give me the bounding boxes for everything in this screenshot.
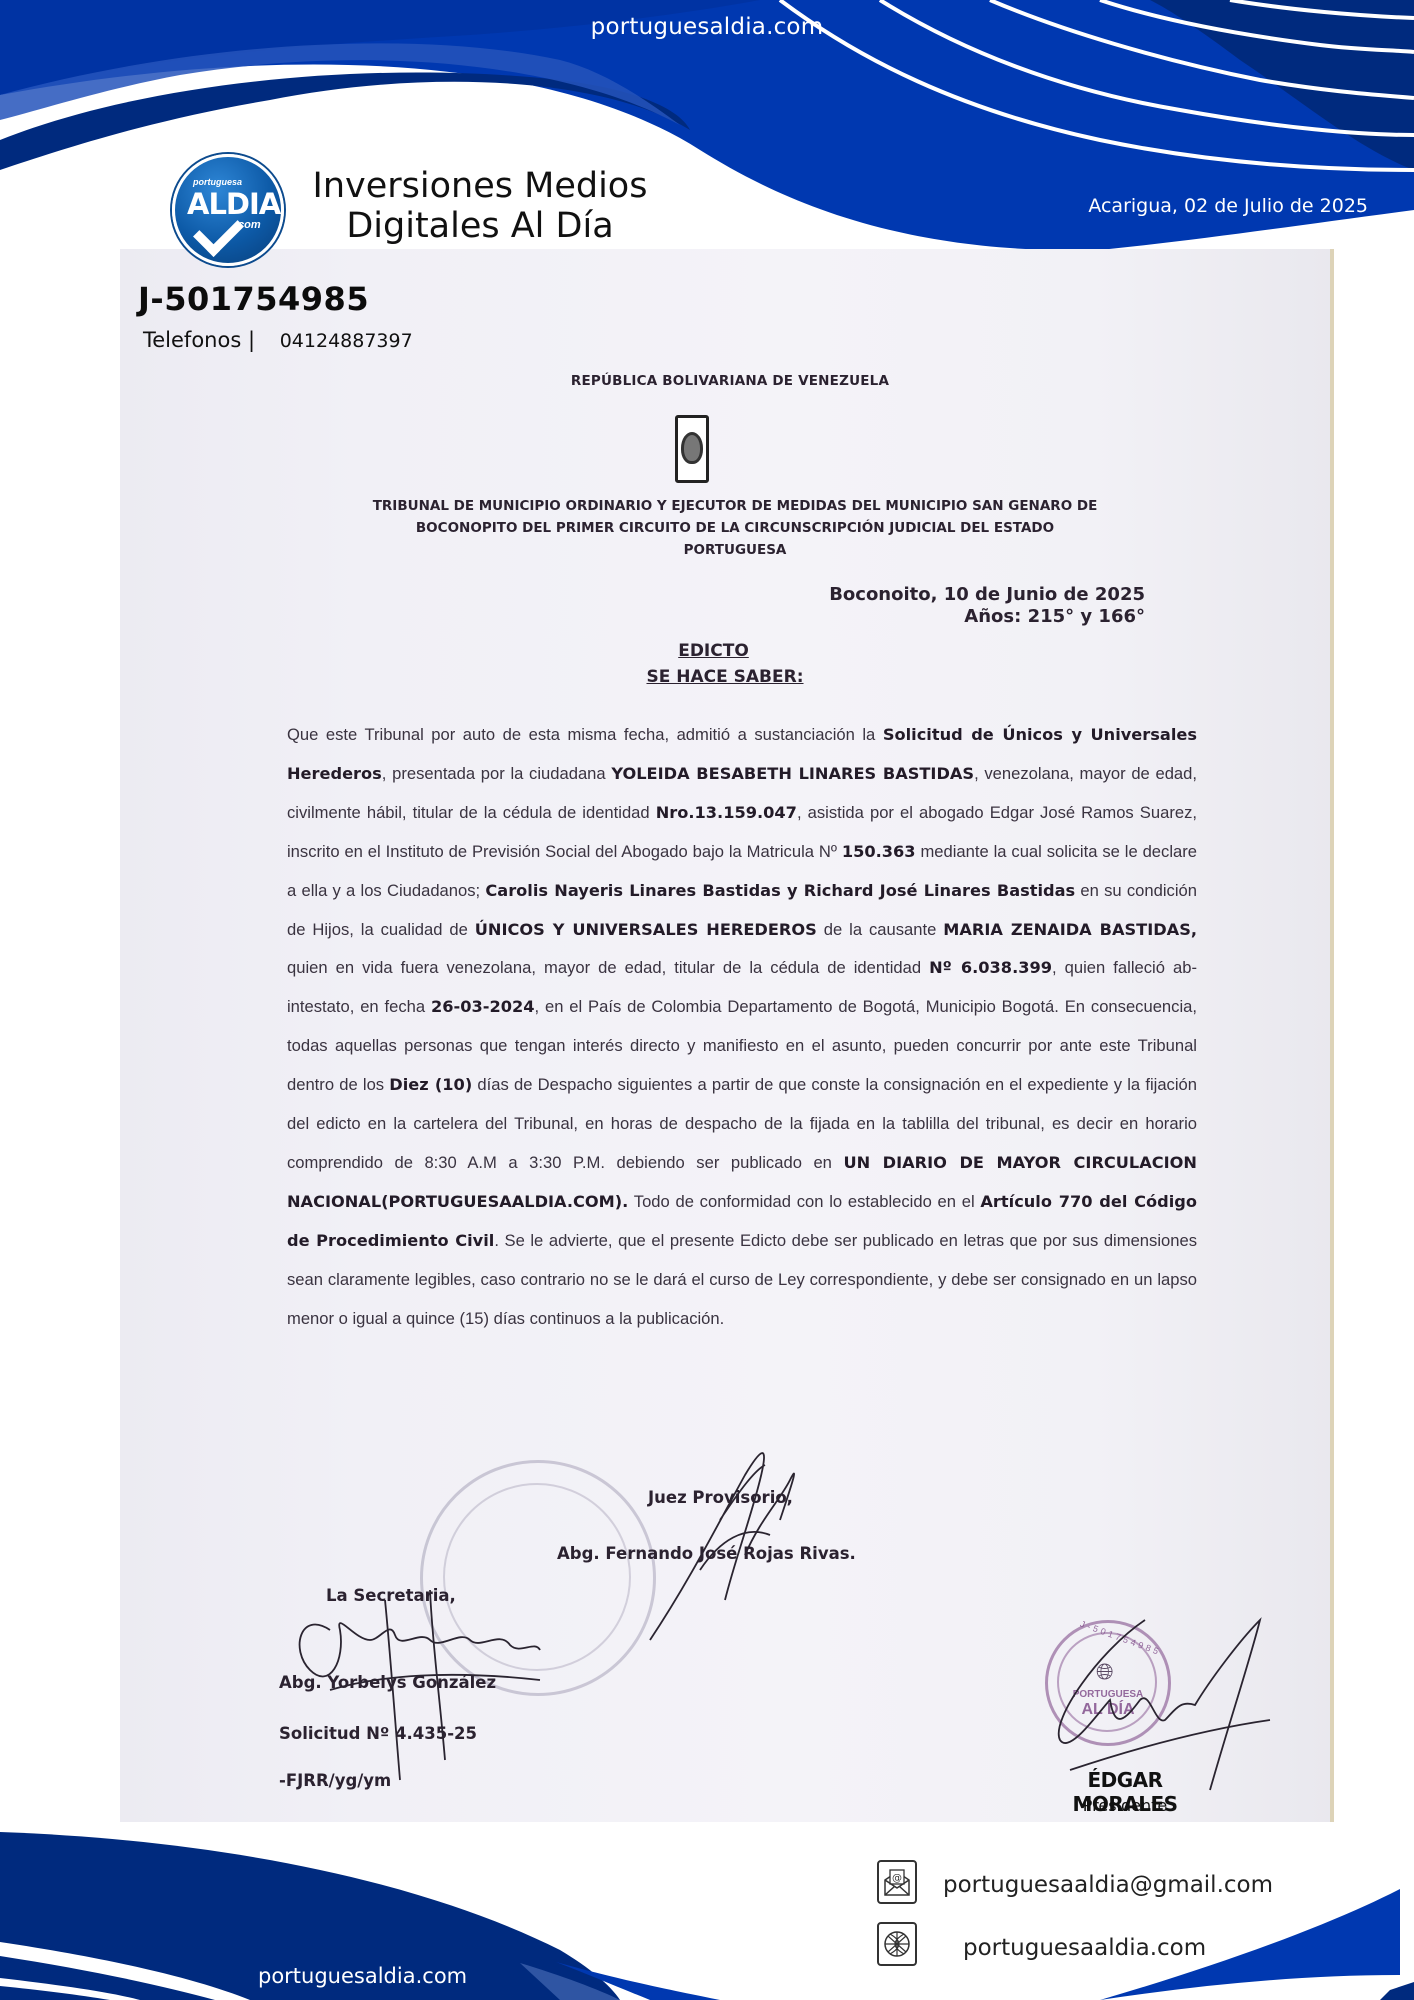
body-text-segment: quien en vida fuera venezolana, mayor de…	[287, 958, 929, 977]
body-text-segment: Todo de conformidad con lo establecido e…	[628, 1192, 980, 1211]
body-emphasis: MARIA ZENAIDA BASTIDAS,	[943, 920, 1197, 939]
body-emphasis: Carolis Nayeris Linares Bastidas y Richa…	[485, 881, 1075, 900]
globe-icon: 🌐︎	[1096, 1659, 1114, 1685]
company-seal-stamp: J-501754985 🌐︎ PORTUGUESA AL DÍA	[1045, 1620, 1171, 1746]
body-emphasis: Diez (10)	[389, 1075, 472, 1094]
president-role: Presidente	[1040, 1796, 1210, 1815]
judge-name: Abg. Fernando José Rojas Rivas.	[557, 1544, 856, 1563]
site-url-footer[interactable]: portuguesaldia.com	[258, 1964, 467, 1988]
edict-city-date: Boconoito, 10 de Junio de 2025	[700, 584, 1145, 606]
envelope-at-icon: @	[877, 1860, 917, 1904]
document-initials: -FJRR/yg/ym	[279, 1771, 391, 1790]
contact-website[interactable]: portuguesaaldia.com	[963, 1935, 1206, 1961]
globe-icon	[877, 1922, 917, 1966]
tribunal-heading: TRIBUNAL DE MUNICIPIO ORDINARIO Y EJECUT…	[285, 495, 1185, 561]
body-emphasis: YOLEIDA BESABETH LINARES BASTIDAS	[611, 764, 974, 783]
phone-label: Telefonos |	[143, 328, 255, 352]
edict-subtitle: SE HACE SABER:	[600, 664, 850, 690]
company-rif: J-501754985	[138, 280, 369, 318]
edict-date-block: Boconoito, 10 de Junio de 2025 Años: 215…	[700, 584, 1145, 628]
svg-text:@: @	[892, 1873, 902, 1884]
secretary-name: Abg. Yorbelys González	[279, 1673, 496, 1692]
company-name-line1: Inversiones Medios	[300, 166, 660, 206]
body-emphasis: Nro.13.159.047	[656, 803, 797, 822]
coat-of-arms-icon	[675, 415, 709, 483]
republic-heading: REPÚBLICA BOLIVARIANA DE VENEZUELA	[280, 373, 1180, 389]
body-emphasis: ÚNICOS Y UNIVERSALES HEREDEROS	[475, 920, 817, 939]
body-emphasis: 150.363	[842, 842, 916, 861]
edict-years: Años: 215° y 166°	[700, 606, 1145, 628]
body-text-segment: Que este Tribunal por auto de esta misma…	[287, 725, 883, 744]
body-text-segment: , presentada por la ciudadana	[382, 764, 612, 783]
body-text-segment: de la causante	[817, 920, 943, 939]
phone-number[interactable]: 04124887397	[280, 330, 413, 352]
request-number: Solicitud Nº 4.435-25	[279, 1724, 477, 1743]
letter-date: Acarigua, 02 de Julio de 2025	[1000, 195, 1368, 217]
tribunal-line: PORTUGUESA	[285, 539, 1185, 561]
edict-title: EDICTO	[577, 638, 850, 664]
body-emphasis: 26-03-2024	[431, 997, 535, 1016]
phone-row: Telefonos | 04124887397	[143, 328, 413, 352]
logo-suffix: .com	[235, 219, 261, 231]
body-emphasis: Nº 6.038.399	[929, 958, 1052, 977]
judge-title: Juez Provisorio,	[648, 1488, 793, 1507]
logo-top-text: portuguesa	[193, 177, 242, 187]
tribunal-line: TRIBUNAL DE MUNICIPIO ORDINARIO Y EJECUT…	[285, 495, 1185, 517]
edict-body: Que este Tribunal por auto de esta misma…	[287, 716, 1197, 1339]
secretary-title: La Secretaria,	[326, 1586, 456, 1605]
edict-title-block: EDICTO SE HACE SABER:	[600, 638, 850, 690]
company-name-line2: Digitales Al Día	[300, 206, 660, 246]
company-name: Inversiones Medios Digitales Al Día	[300, 166, 660, 246]
site-url-header[interactable]: portuguesaldia.com	[0, 14, 1414, 40]
court-seal-stamp	[420, 1460, 656, 1696]
seal-main-text: AL DÍA	[1048, 1701, 1168, 1719]
contact-email[interactable]: portuguesaaldia@gmail.com	[943, 1872, 1273, 1898]
tribunal-line: BOCONOPITO DEL PRIMER CIRCUITO DE LA CIR…	[285, 517, 1185, 539]
seal-top-text: PORTUGUESA	[1048, 1689, 1168, 1700]
aldia-logo: portuguesa ALDIA .com	[172, 154, 284, 266]
